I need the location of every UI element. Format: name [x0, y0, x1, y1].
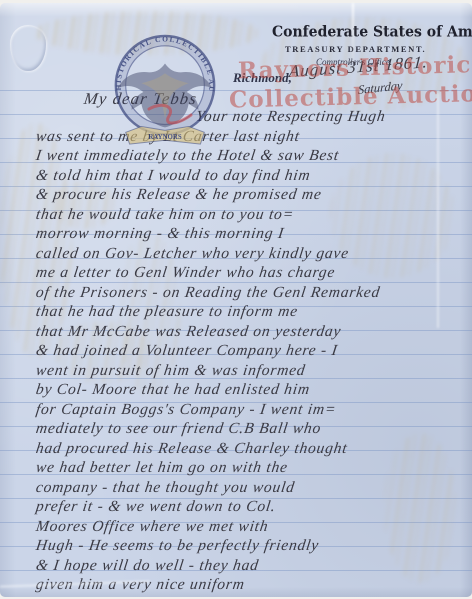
scanned-letter: Confederate States of America, TREASURY … — [0, 0, 472, 599]
letter-line: & procure his Release & he promised me — [35, 185, 387, 205]
letter-line: morrow morning - & this morning I — [35, 224, 387, 244]
red-script-mark — [145, 101, 197, 131]
letter-line: called on Gov- Letcher who very kindly g… — [35, 244, 387, 264]
letter-line: went in pursuit of him & was informed — [35, 361, 387, 381]
letter-line: that Mr McCabe was Released on yesterday — [35, 322, 387, 342]
letter-line: by Col- Moore that he had enlisted him — [35, 380, 387, 400]
letter-line: we had better let him go on with the — [35, 458, 387, 478]
embossed-stamp — [10, 25, 46, 71]
letter-line: & I hope will do well - they had — [35, 556, 387, 576]
letter-line: me a letter to Genl Winder who has charg… — [35, 263, 387, 283]
letter-line: that he would take him on to you to= — [35, 205, 387, 225]
letter-line: Moores Office where we met with — [35, 517, 387, 537]
letter-line: & told him that I would to day find him — [35, 166, 387, 186]
letter-line: for Captain Boggs's Company - I went im= — [35, 400, 387, 420]
letter-line: had procured his Release & Charley thoug… — [35, 439, 387, 459]
letter-line: that he had the pleasure to inform me — [35, 302, 387, 322]
auction-seal-watermark: HISTORICAL COLLECTIBLE AUCTIONS RAYNORS — [106, 30, 224, 158]
paper-crease — [352, 3, 354, 73]
letter-line: & had joined a Volunteer Company here - … — [35, 341, 387, 361]
letter-body: Your note Respecting Hughwas sent to me … — [36, 107, 386, 595]
letter-line: company - that he thought you would — [35, 478, 387, 498]
seal-banner-text: RAYNORS — [148, 134, 182, 141]
letter-line: Hugh - He seems to be perfectly friendly — [35, 536, 387, 556]
letter-line: of the Prisoners - on Reading the Genl R… — [35, 283, 387, 303]
letterhead-title: Confederate States of America, — [272, 23, 440, 40]
paper-crease — [437, 93, 439, 328]
letter-paper: Confederate States of America, TREASURY … — [0, 3, 472, 597]
letter-line: given him a very nice uniform — [35, 575, 387, 595]
showthrough-stain — [384, 433, 456, 583]
letter-line: prefer it - & we went down to Col. — [35, 497, 387, 517]
letter-line: mediately to see our friend C.B Ball who — [35, 419, 387, 439]
